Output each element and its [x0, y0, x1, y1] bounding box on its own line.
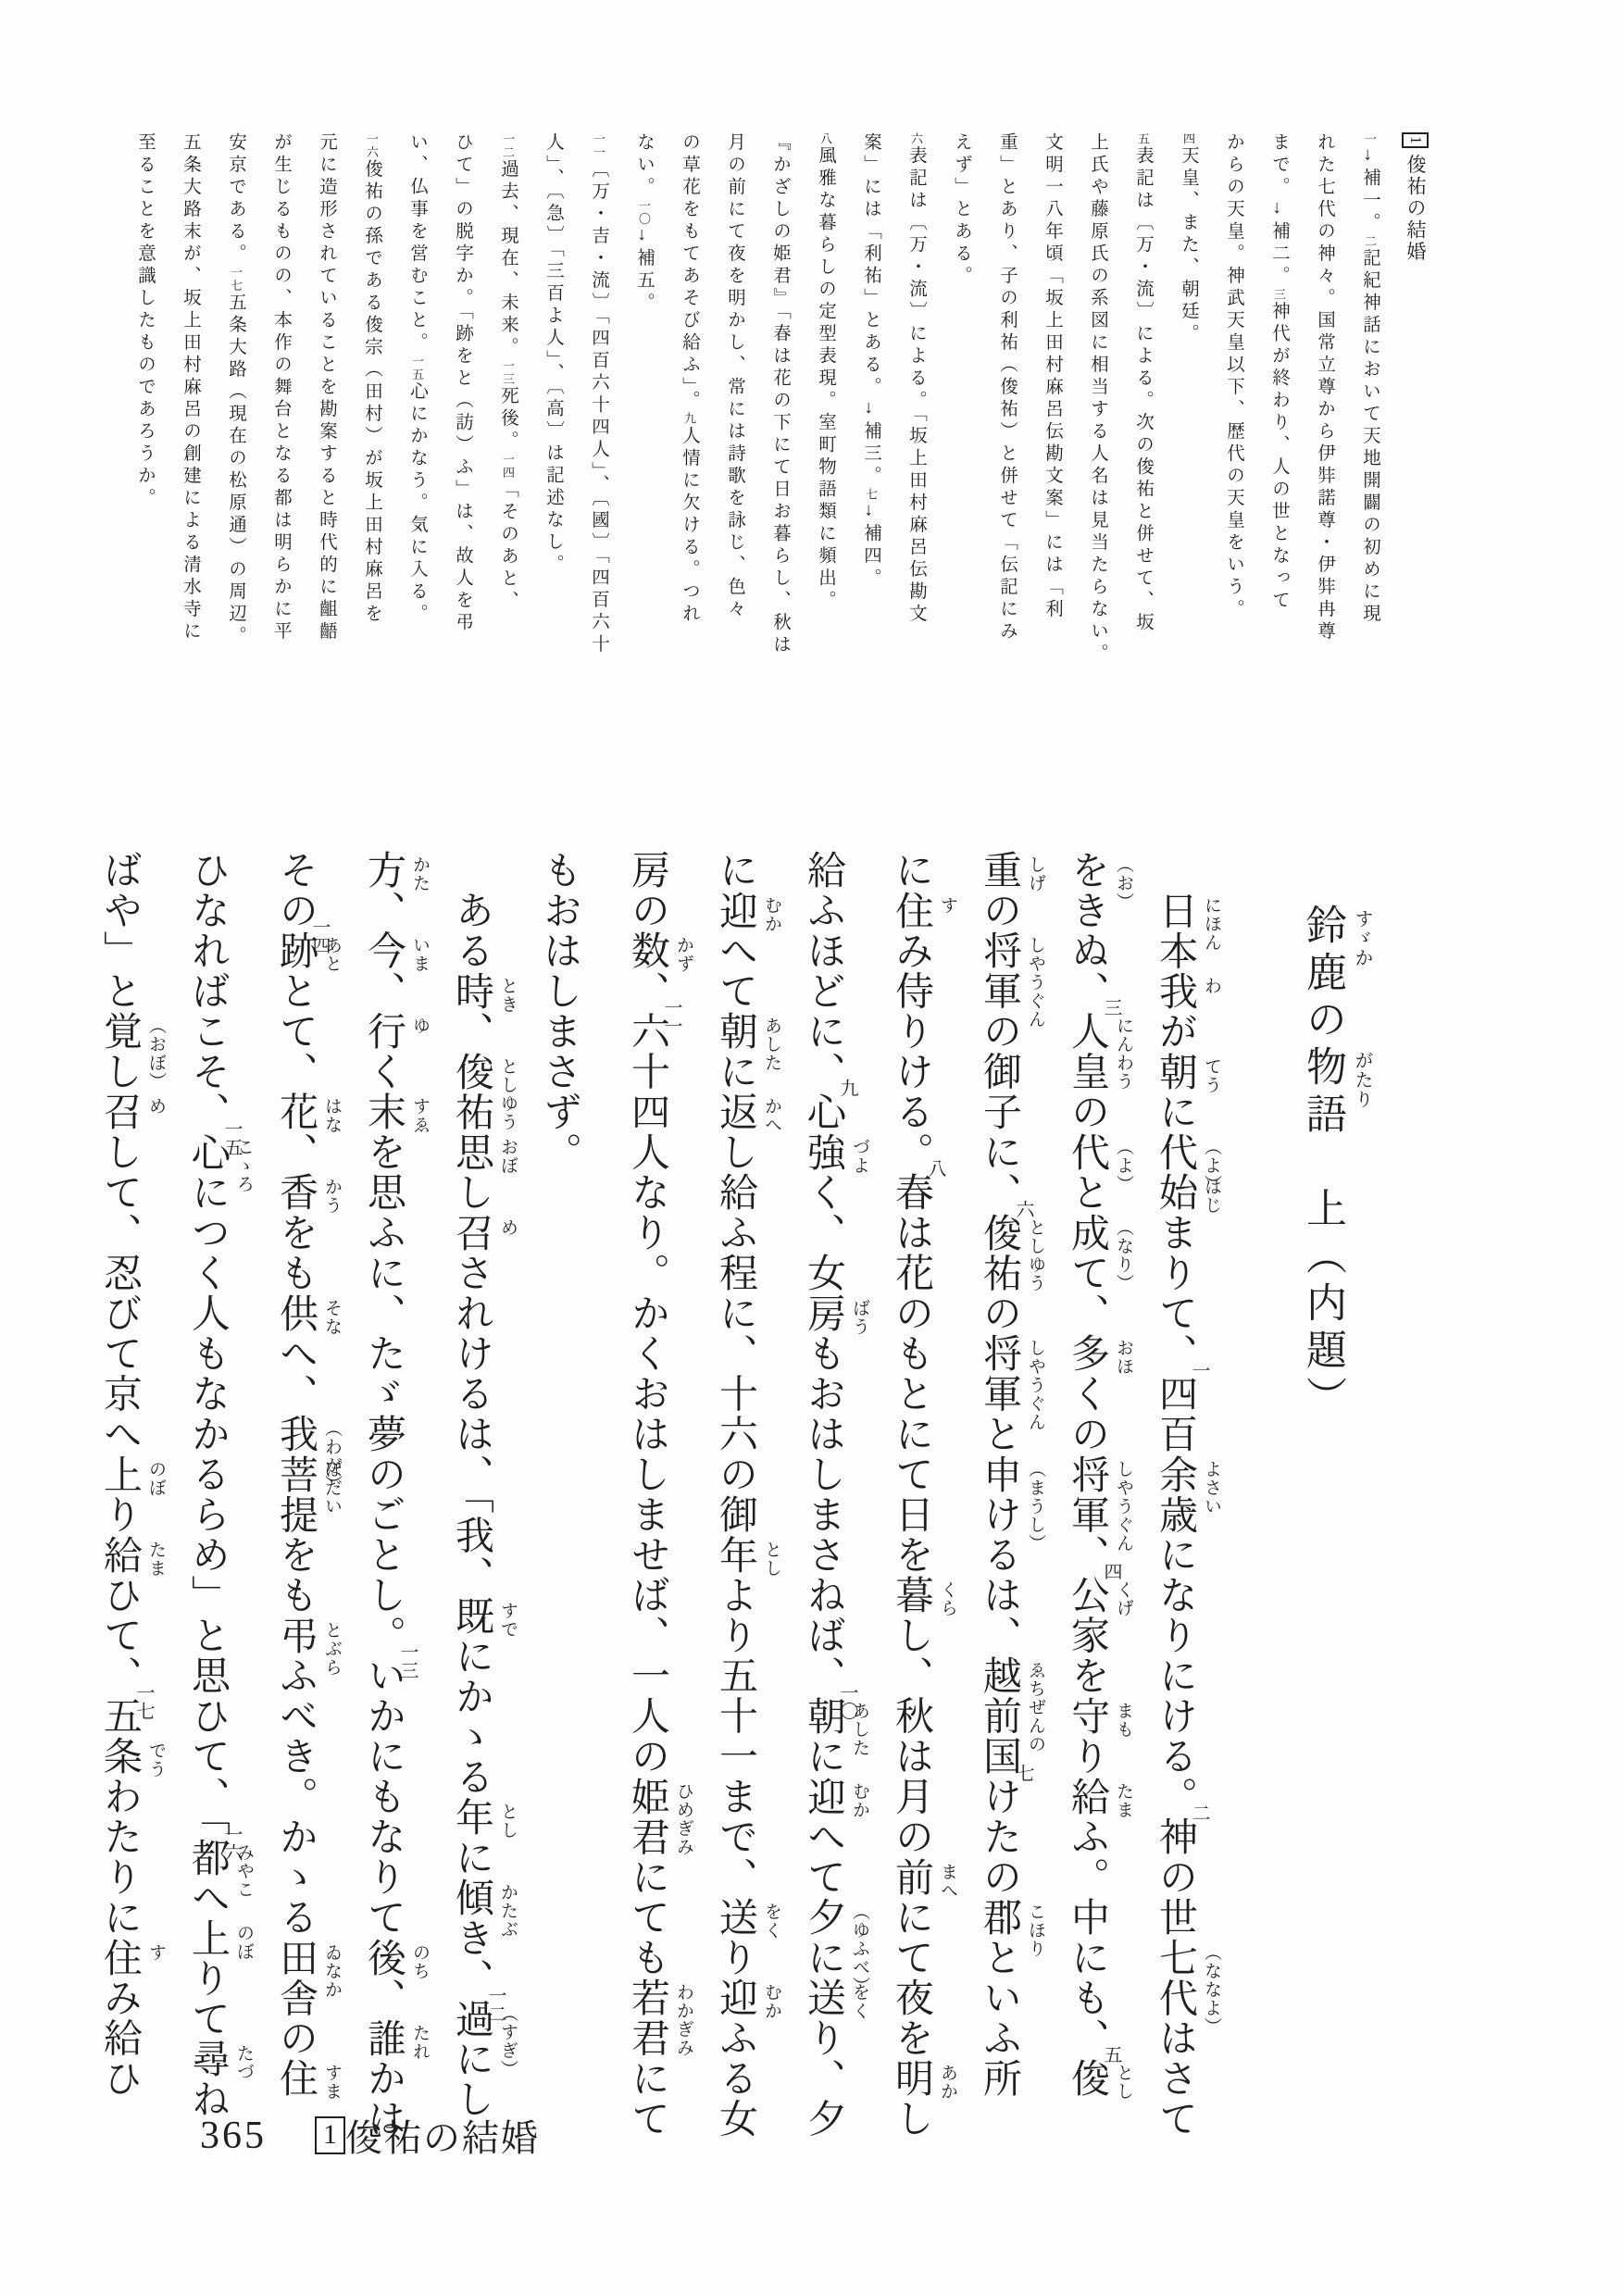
ruby-text: 我（わが） [274, 1414, 317, 1454]
ruby-text: 返かへ [714, 1092, 756, 1132]
note-column: 四天皇、また、朝廷。 [1166, 132, 1211, 653]
note-column: 八風雅な暮らしの定型表現。室町物語類に頻出。 [803, 132, 848, 653]
ruby-text: 後のち [362, 1938, 405, 1978]
book-page: 1俊祐の結婚 一→補一。二記紀神話において天地開闢の初めに現れた七代の神々。国常… [0, 0, 1623, 2296]
note-column: 安京である。一七五条大路（現在の松原通）の周辺。 [213, 132, 258, 653]
note-column: 至ることを意識したものであろうか。 [122, 132, 168, 653]
ruby-text: 尋たづ [186, 2039, 229, 2079]
ruby-text: 都みやこ [186, 1838, 229, 1878]
note-number: 一 [1363, 132, 1377, 146]
ruby-text: 時とき [450, 971, 493, 1012]
annotations-block: 1俊祐の結婚 一→補一。二記紀神話において天地開闢の初めに現れた七代の神々。国常… [122, 132, 1438, 653]
note-number: 三 [1272, 288, 1286, 302]
ruby-text: 方かた [362, 850, 405, 891]
text-column: その一四跡あととて、花はな、香かうをも供そなへ、我（わが）菩提ぼだいをも弔とぶら… [251, 850, 339, 2128]
ruby-text: を（お） [1066, 850, 1108, 891]
text-column: ひなればこそ、一五心こゝろにつく人もなかるらめ」と思ひて、「一六都みやこへ上のぼ… [163, 850, 251, 2128]
ruby-text: 送をく [802, 1978, 844, 2018]
ruby-text: 召め [98, 1092, 141, 1132]
ruby-text: 余歳よさい [1154, 1454, 1196, 1535]
ruby-text: 傾かたぶ [450, 1878, 493, 1918]
ruby-text: 年とし [450, 1797, 493, 1838]
footer-section-number-box: 1 [315, 2116, 345, 2154]
ruby-text: 若君わかぎみ [626, 1978, 668, 2058]
ruby-text: 前まへ [890, 1857, 932, 1898]
ruby-text: 房ばう [802, 1293, 844, 1334]
note-column: 文明一八年頃「坂上田村麻呂伝勘文案」には「利 [1030, 132, 1075, 653]
ruby-text: 鈴鹿すゞか [1300, 904, 1345, 998]
text-column: 房の数かず、一一六十四人なり。かくおはしませば、一人の姫君ひめぎみにても若君わか… [603, 850, 691, 2128]
ruby-text: 迎むか [714, 891, 756, 931]
ruby-text: 条でう [98, 1736, 141, 1777]
ruby-text: 跡あと [274, 930, 317, 971]
note-number: 一七 [229, 266, 243, 293]
text-column: に迎むかへて朝あしたに返かへし給ふ程に、十六の御年としより五十一まで、送をくり迎… [691, 850, 779, 2128]
ruby-text: 住すま [274, 2058, 317, 2099]
note-column: 上氏や藤原氏の系図に相当する人名は見当たらない。 [1075, 132, 1120, 653]
text-column: 給ふほどに、九心強づよく、女房ばうもおはしまさねば、一〇朝あしたに迎むかへて夕（… [779, 850, 867, 2128]
ruby-text: 重しげ [978, 850, 1020, 891]
note-column: ひて」の脱字か。「跡をと（訪）ふ」は、故人を弔 [440, 132, 485, 653]
ruby-text: 郡こほり [978, 1897, 1020, 1938]
ruby-text: 成（なり） [1066, 1213, 1108, 1254]
ruby-text: 将軍しやうぐん [978, 930, 1020, 1011]
note-number: 一四 [501, 453, 515, 480]
note-number: 一六 [365, 132, 379, 159]
ruby-text: 思おぼ [450, 1132, 493, 1173]
note-number: 四 [1181, 132, 1195, 146]
note-number: 八 [818, 132, 832, 146]
note-column: ない。一〇→補五。 [621, 132, 667, 653]
ruby-text: 香かう [274, 1172, 317, 1213]
text-column: を（お）きぬ、三人皇にんわうの代（よ）と成（なり）て、多おほくの将軍しやうぐん、… [1042, 850, 1130, 2128]
note-number: 二 [1363, 235, 1377, 249]
ruby-text: 将軍しやうぐん [1066, 1454, 1108, 1535]
ruby-text: 上のぼ [98, 1454, 141, 1495]
ruby-text: 人皇にんわう [1066, 1011, 1108, 1092]
ruby-text: 行ゆ [362, 1011, 405, 1052]
ruby-text: 数かず [626, 930, 668, 971]
note-column: 一六俊祐の孫である俊宗（田村）が坂上田村麻呂を [349, 132, 394, 653]
footer-section-title: 俊祐の結婚 [345, 2109, 540, 2162]
ruby-text: 給たま [1066, 1777, 1108, 1817]
ruby-text: 覚（おぼ） [98, 1011, 141, 1052]
story-title: 鈴鹿すゞかの物語がたり 上（内題） [1292, 904, 1352, 1423]
text-column: 方かた、今いま、行ゆく末すゑを思ふに、たゞ夢のごとし。一三いかにもなりて後のち、… [339, 850, 427, 2128]
text-column: 重しげの将軍しやうぐんの御子に、六俊祐としゆうの将軍しやうぐんと申（まうし）ける… [955, 850, 1042, 2128]
note-column: 『かざしの姫君』「春は花の下にて日お暮らし、秋は [757, 132, 803, 653]
ruby-text: 住す [98, 1938, 141, 1978]
section-number-box: 1 [1402, 132, 1429, 148]
ruby-text: 越前国ゑちぜんの [978, 1655, 1020, 1777]
note-number: 七 [864, 488, 878, 502]
note-number: 一二 [501, 132, 515, 159]
note-number: 九 [682, 412, 696, 426]
section-header: 1俊祐の結婚 [1392, 132, 1438, 653]
ruby-text: 菩提ぼだい [274, 1454, 317, 1535]
note-column: 元に造形されていることを勘案すると時代的に齟齬 [304, 132, 349, 653]
ruby-text: 給たま [98, 1535, 141, 1576]
ruby-text: 年とし [714, 1535, 756, 1576]
ruby-text: 弔とぶら [274, 1616, 317, 1656]
ruby-text: 住す [890, 891, 932, 931]
ruby-text: 田舎ゐなか [274, 1938, 317, 2018]
note-number: 五 [1136, 132, 1150, 146]
note-column: れた七代の神々。国常立尊から伊弉諾尊・伊弉冉尊 [1302, 132, 1347, 653]
note-number: 一五 [410, 355, 424, 381]
note-number: 六 [909, 132, 923, 146]
note-column: 一二過去、現在、未来。一三死後。一四「そのあと、 [485, 132, 531, 653]
ruby-text: 代（よ） [1154, 1132, 1196, 1173]
note-column: い、仏事を営むこと。一五心にかなう。気に入る。 [394, 132, 440, 653]
page-footer: 365 1 俊祐の結婚 [200, 2109, 540, 2162]
ruby-text: 誰たれ [362, 2018, 405, 2059]
note-column: の草花をもてあそび給ふ」。九人情に欠ける。つれ [667, 132, 712, 653]
ruby-text: 朝てう [1154, 1052, 1196, 1092]
note-column: 月の前にて夜を明かし、常には詩歌を詠じ、色々 [712, 132, 757, 653]
ruby-text: 将軍しやうぐん [978, 1333, 1020, 1414]
text-column: もおはしまさず。 [515, 850, 603, 2128]
note-column: 案」には「利祐」とある。→補三。七→補四。 [848, 132, 893, 653]
ruby-text: 強づよ [802, 1132, 844, 1173]
note-number: 一三 [501, 359, 515, 386]
note-column: 一一〔万・吉・流〕「四百六十四人」、〔國〕「四百六十 [576, 132, 621, 653]
text-column: に住すみ侍りける。八春は花のもとにて日を暮くらし、秋は月の前まへにて夜を明あかし [867, 850, 955, 2128]
ruby-text: 七代（ななよ） [1154, 1938, 1196, 2018]
ruby-text: 過（すぎ） [450, 1999, 493, 2040]
note-number: 一〇 [637, 199, 651, 226]
text-column: 日本にほん我わが朝てうに代（よ）始はじまりて、一四百余歳よさいになりにける。二神… [1130, 850, 1218, 2128]
ruby-text: 迎むか [714, 1978, 756, 2018]
ruby-text: 上のぼ [186, 1918, 229, 1959]
ruby-text: 末すゑ [362, 1092, 405, 1132]
ruby-text: 既すで [450, 1596, 493, 1637]
ruby-text: 迎むか [802, 1777, 844, 1817]
ruby-text: 我わ [1154, 971, 1196, 1012]
ruby-text: 俊祐としゆう [450, 1052, 493, 1132]
ruby-text: 供そな [274, 1293, 317, 1334]
ruby-text: 送をく [714, 1897, 756, 1938]
ruby-text: 暮くら [890, 1575, 932, 1616]
note-column: 五条大路末が、坂上田村麻呂の創建による清水寺に [168, 132, 213, 653]
ruby-text: 代（よ） [1066, 1132, 1108, 1173]
ruby-text: 日本にほん [1154, 891, 1196, 971]
note-number: 一一 [592, 132, 606, 159]
ruby-text: 召め [450, 1213, 493, 1254]
note-column: 重」とあり、子の利祐（俊祐）と併せて「伝記にみ [984, 132, 1030, 653]
page-number: 365 [200, 2114, 267, 2158]
ruby-text: 始はじ [1154, 1172, 1196, 1213]
section-title: 俊祐の結婚 [1405, 155, 1427, 264]
ruby-text: 朝あした [714, 1011, 756, 1052]
ruby-text: 公家くげ [1066, 1575, 1108, 1655]
ruby-text: 申（まうし） [978, 1454, 1020, 1495]
note-column: 一→補一。二記紀神話において天地開闢の初めに現 [1347, 132, 1392, 653]
ruby-text: 姫君ひめぎみ [626, 1777, 668, 1857]
ruby-text: 俊とし [1066, 2058, 1108, 2099]
ruby-text: 朝あした [802, 1696, 844, 1737]
ruby-text: 夕（ゆふべ） [802, 1897, 844, 1938]
ruby-text: 花はな [274, 1092, 317, 1132]
ruby-text: 今いま [362, 930, 405, 971]
ruby-text: 物語がたり [1300, 1045, 1345, 1140]
note-column: からの天皇。神武天皇以下、歴代の天皇をいう。 [1211, 132, 1256, 653]
note-column: 五表記は〔万・流〕による。次の俊祐と併せて、坂 [1120, 132, 1166, 653]
note-column: えず」とある。 [939, 132, 984, 653]
ruby-text: 心こゝろ [186, 1132, 229, 1173]
note-column: まで。→補二。三神代が終わり、人の世となって [1256, 132, 1302, 653]
ruby-text: 明あか [890, 2058, 932, 2099]
note-column: 人」、〔急〕「三百よ人」、〔高〕は記述なし。 [531, 132, 576, 653]
ruby-text: 守まも [1066, 1696, 1108, 1737]
text-column: ばや」と覚（おぼ）し召めして、忍びて京へ上のぼり給たまひて、一七五条でうわたりに… [75, 850, 163, 2128]
ruby-text: 多おほ [1066, 1333, 1108, 1374]
note-column: 六表記は〔万・流〕による。「坂上田村麻呂伝勘文 [893, 132, 939, 653]
ruby-text: 俊祐としゆう [978, 1213, 1020, 1293]
main-text-block: 日本にほん我わが朝てうに代（よ）始はじまりて、一四百余歳よさいになりにける。二神… [75, 850, 1218, 2128]
note-column: が生じるものの、本作の舞台となる都は明らかに平 [258, 132, 304, 653]
text-column: ある時とき、俊祐としゆう思おぼし召めされけるは、「我、既すでにかゝる年としに傾か… [427, 850, 515, 2128]
